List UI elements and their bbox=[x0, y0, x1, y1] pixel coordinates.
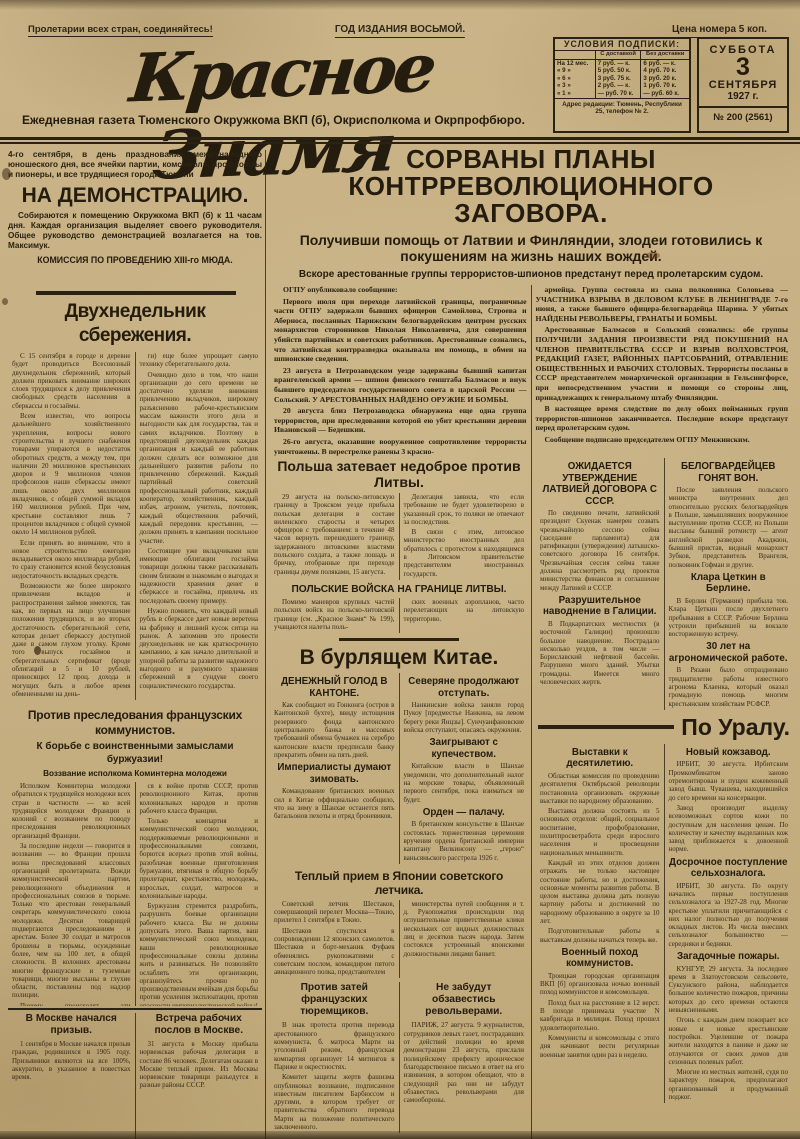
right-column-right: БЕЛОГВАРДЕЙЦЕВ ГОНЯТ ВОН. После заявлени… bbox=[664, 458, 793, 710]
section-rule bbox=[339, 638, 459, 641]
price-cell: — руб. 70 к. bbox=[595, 90, 641, 98]
headline-paris-journalists: Не забудут обзавестись револьверами. bbox=[404, 982, 525, 1018]
body-paragraph: Состоящие уже вкладчиками или имеющие об… bbox=[140, 547, 259, 605]
demonstration-intro: 4-го сентября, в день празднования между… bbox=[8, 150, 262, 181]
headline-canton-money: ДЕНЕЖНЫЙ ГОЛОД В КАНТОНЕ. bbox=[274, 676, 395, 699]
left-bottom-row: В Москве начался призыв. 1 сентября в Мо… bbox=[8, 1013, 262, 1139]
poland-columns: 29 августа на польско-литовскую границу … bbox=[270, 493, 528, 580]
slogan-line: Пролетарии всех стран, соединяйтесь! bbox=[28, 24, 213, 37]
subscription-row: « 9 » 5 руб. 50 к. 4 руб. 70 к. bbox=[555, 67, 689, 75]
term-cell: « 3 » bbox=[555, 82, 595, 90]
right-column-band: ОЖИДАЕТСЯ УТВЕРЖДЕНИЕ ЛАТВИЕЙ ДОГОВОРА С… bbox=[536, 458, 792, 1139]
paper-stain bbox=[34, 646, 41, 655]
middle-bottom-row: Против затей французских тюремщиков. В з… bbox=[270, 982, 528, 1133]
body-paragraph: Выставка должна состоять из 5 основных о… bbox=[540, 807, 660, 857]
subscription-term-header bbox=[555, 51, 595, 59]
price-cell: 2 руб. — к. bbox=[595, 82, 641, 90]
body-paragraph: Комитет защиты жертв фашизма опубликовал… bbox=[274, 1073, 395, 1131]
body-paragraph: 26-го августа, оказавшие вооруженное соп… bbox=[274, 437, 527, 456]
body-paragraph: Первого июля при переходе латвийской гра… bbox=[274, 297, 527, 364]
french-column-left: Исполком Коминтерна молодежи обратился к… bbox=[8, 782, 135, 1006]
ural-column-left: Выставки к десятилетию. Областная комисс… bbox=[536, 744, 664, 1103]
body-paragraph: ских военных аэропланов, часто перелетаю… bbox=[404, 598, 525, 623]
headline-ural-section: По Уралу. bbox=[681, 714, 790, 740]
japan-column-right: министерства путей сообщения и т. д. Рук… bbox=[399, 900, 529, 979]
body-paragraph: Каждый из этих отделов должен отражать н… bbox=[540, 859, 660, 925]
main-body-columns: ОГПУ опубликовало сообщение: Первого июл… bbox=[270, 285, 792, 458]
term-cell: « 9 » bbox=[555, 67, 595, 75]
paper-stain bbox=[2, 298, 8, 305]
day-number: 3 bbox=[699, 56, 787, 79]
french-column-right: ся к войне против СССР, против революцио… bbox=[135, 782, 263, 1006]
body-paragraph: Делегация заявила, что если требование н… bbox=[404, 493, 525, 526]
price-cell: 3 руб. 75 к. bbox=[595, 75, 641, 83]
term-cell: « 6 » bbox=[555, 75, 595, 83]
ural-column-right: Новый кожзавод. ИРБИТ, 30 августа. Ирбит… bbox=[664, 744, 793, 1103]
china-column-left: ДЕНЕЖНЫЙ ГОЛОД В КАНТОНЕ. Как сообщают и… bbox=[270, 673, 399, 864]
body-paragraph: Нанкинские войска заняли город Пукоу [пр… bbox=[404, 701, 525, 734]
section-rule bbox=[538, 725, 674, 729]
article-main-conspiracy: СОРВАНЫ ПЛАНЫ КОНТРРЕВОЛЮЦИОННОГО ЗАГОВО… bbox=[270, 146, 792, 458]
article-french-communists: Против преследования французских коммуни… bbox=[8, 708, 262, 1006]
headline-moscow-draft: В Москве начался призыв. bbox=[12, 1013, 131, 1037]
body-paragraph: Возможности же более широкого привлечени… bbox=[12, 582, 131, 698]
term-cell: На 12 мес. bbox=[555, 59, 595, 67]
headline-exhibitions: Выставки к десятилетию. bbox=[540, 747, 660, 770]
body-paragraph: Почему происходят эти преследования? Пот… bbox=[12, 1002, 131, 1006]
price-cell: 1 руб. 70 к. bbox=[641, 82, 689, 90]
middle-column-band: Польша затевает недоброе против Литвы. 2… bbox=[270, 458, 528, 1139]
subscription-with-delivery-header: С доставкой bbox=[595, 51, 641, 59]
subscription-table: С доставкой Без доставки На 12 мес. 7 ру… bbox=[555, 51, 689, 98]
headline-zetkin-berlin: Клара Цеткин в Берлине. bbox=[669, 572, 789, 595]
headline-order-executioner: Орден — палачу. bbox=[404, 807, 525, 819]
headline-early-tax: Досрочное поступление сельхозналога. bbox=[669, 857, 789, 880]
savings-column-left: С 15 сентября в городе и деревне будет п… bbox=[8, 352, 135, 700]
body-paragraph: Помимо маневров крупных частей польских … bbox=[274, 598, 395, 631]
scan-edge-shadow bbox=[0, 1131, 800, 1139]
masthead-title: Красное Знамя bbox=[10, 24, 553, 121]
headline-mysterious-fires: Загадочные пожары. bbox=[669, 951, 789, 963]
column-divider bbox=[531, 458, 532, 1139]
body-paragraph: В британском консульстве в Шанхае состоя… bbox=[404, 820, 525, 861]
subhead-main: Получивши помощь от Латвии и Финляндии, … bbox=[270, 232, 792, 264]
headline-military-march: Военный поход коммунистов. bbox=[540, 947, 660, 970]
headline-galicia-flood: Разрушительное наводнение в Галиции. bbox=[540, 595, 660, 618]
headline-poland-lithuania: Польша затевает недоброе против Литвы. bbox=[270, 458, 528, 490]
body-paragraph: ся к войне против СССР, против революцио… bbox=[140, 782, 259, 815]
body-paragraph: 1 сентября в Москве начался призыв гражд… bbox=[12, 1040, 131, 1081]
body-paragraph: Китайские власти в Шанхае уведомили, что… bbox=[404, 762, 525, 803]
issue-number: № 200 (2561) bbox=[699, 106, 787, 123]
subscription-row: « 3 » 2 руб. — к. 1 руб. 70 к. bbox=[555, 82, 689, 90]
ural-columns: Выставки к десятилетию. Областная комисс… bbox=[536, 744, 792, 1103]
body-paragraph: 20 августа близ Петрозаводска обнаружена… bbox=[274, 406, 527, 435]
ural-section-header: По Уралу. bbox=[538, 714, 790, 740]
price-cell: 6 руб. — к. bbox=[641, 59, 689, 67]
price-cell: 5 руб. 50 к. bbox=[595, 67, 641, 75]
body-paragraph: Буржуазия стремится раздробить, разрушит… bbox=[140, 902, 259, 1006]
main-column-right: армейца. Группа состояла из сына полковн… bbox=[531, 285, 793, 458]
price-cell: 7 руб. — к. bbox=[595, 59, 641, 67]
header-rule bbox=[0, 137, 800, 140]
article-paris-journalists: Не забудут обзавестись револьверами. ПАР… bbox=[399, 982, 529, 1133]
masthead-subtitle: Ежедневная газета Тюменского Окружкома В… bbox=[22, 113, 562, 127]
body-paragraph: В знак протеста против перевода арестова… bbox=[274, 1021, 395, 1071]
price-cell: 4 руб. 70 к. bbox=[641, 67, 689, 75]
body-paragraph: Арестованные Балмасов и Сольский сознали… bbox=[536, 325, 789, 402]
headline-main-line1: СОРВАНЫ ПЛАНЫ КОНТРРЕВОЛЮЦИОННОГО bbox=[270, 146, 792, 200]
scan-edge-shadow bbox=[0, 0, 800, 10]
body-paragraph: Собираются к помещению Окружкома ВКП (б)… bbox=[8, 211, 262, 252]
japan-column-left: Советский летчик Шестаков, совершающий п… bbox=[270, 900, 399, 979]
body-paragraph: В Берлин (Германия) прибыла тов. Клара Ц… bbox=[669, 597, 789, 638]
subscription-row: « 1 » — руб. 70 к. — руб. 60 к. bbox=[555, 90, 689, 98]
main-column-left: ОГПУ опубликовало сообщение: Первого июл… bbox=[270, 285, 531, 458]
month: СЕНТЯБРЯ bbox=[699, 79, 787, 91]
deck-french-communists: Воззвание исполкома Коминтерна молодежи bbox=[8, 768, 262, 779]
body-paragraph: Областная комиссия по проведению десятил… bbox=[540, 772, 660, 805]
body-paragraph: Поход был на расстояние в 12 верст. В по… bbox=[540, 999, 660, 1032]
body-paragraph: Нужно помнить, что каждый новый рубль в … bbox=[140, 607, 259, 690]
headline-norway-delegation: Встреча рабочих послов в Москве. bbox=[140, 1013, 259, 1037]
subscription-without-delivery-header: Без доставки bbox=[641, 51, 689, 59]
section-rule bbox=[8, 1008, 262, 1010]
headline-marty-protest: Против затей французских тюремщиков. bbox=[274, 982, 395, 1018]
body-paragraph: Завод производит выделку всевозможных со… bbox=[669, 804, 789, 854]
body-paragraph: КУНГУР, 29 августа. За последнее время в… bbox=[669, 965, 789, 1015]
newspaper-page: Пролетарии всех стран, соединяйтесь! ГОД… bbox=[0, 0, 800, 1139]
body-paragraph: С 15 сентября в городе и деревне будет п… bbox=[12, 352, 131, 410]
polish-troops-columns: Помимо маневров крупных частей польских … bbox=[270, 598, 528, 633]
headline-japan-pilot: Теплый прием в Японии советского летчика… bbox=[270, 869, 528, 897]
body-paragraph: Очевидно дело в том, что наши организаци… bbox=[140, 371, 259, 545]
body-paragraph: Как сообщают из Гонконга (остров в Канто… bbox=[274, 701, 395, 759]
headline-french-communists: Против преследования французских коммуни… bbox=[8, 708, 262, 738]
savings-column-right: ги) еще более упрощает самую технику сбе… bbox=[135, 352, 263, 700]
date-box: СУББОТА 3 СЕНТЯБРЯ 1927 г. № 200 (2561) bbox=[697, 37, 789, 133]
body-paragraph: Троицкая городская организация ВКП [б] о… bbox=[540, 972, 660, 997]
headline-main-line2: ЗАГОВОРА. bbox=[270, 200, 792, 227]
body-paragraph: За последние недели — говорится в воззва… bbox=[12, 842, 131, 1000]
body-paragraph: ИРБИТ, 30 августа. По округу начались пе… bbox=[669, 882, 789, 948]
body-paragraph: Сообщение подписано председателем ОГПУ М… bbox=[536, 435, 789, 445]
body-paragraph: ОГПУ опубликовало сообщение: bbox=[274, 285, 527, 295]
headline-whiteguards-expelled: БЕЛОГВАРДЕЙЦЕВ ГОНЯТ ВОН. bbox=[669, 461, 789, 484]
body-paragraph: В настоящее время следствие по делу обои… bbox=[536, 404, 789, 433]
right-top-columns: ОЖИДАЕТСЯ УТВЕРЖДЕНИЕ ЛАТВИЕЙ ДОГОВОРА С… bbox=[536, 458, 792, 710]
price-cell: 3 руб. 20 к. bbox=[641, 75, 689, 83]
body-paragraph: 23 августа в Петрозаводском уезде задерж… bbox=[274, 366, 527, 404]
body-paragraph: Огонь с каждым днем пожирает все новые и… bbox=[669, 1016, 789, 1066]
body-paragraph: ИРБИТ, 30 августа. Ирбитским Промкомбина… bbox=[669, 760, 789, 801]
body-paragraph: Советский летчик Шестаков, совершающий п… bbox=[274, 900, 395, 925]
price-cell: — руб. 60 к. bbox=[641, 90, 689, 98]
body-paragraph: Командование британских военных сил в Ки… bbox=[274, 787, 395, 820]
body-paragraph: ги) еще более упрощает самую технику сбе… bbox=[140, 352, 259, 369]
headline-demonstration: НА ДЕМОНСТРАЦИЮ. bbox=[8, 184, 262, 208]
body-paragraph: Шестаков спустился в сопровождении 12 яп… bbox=[274, 927, 395, 977]
demonstration-signature: КОМИССИЯ ПО ПРОВЕДЕНИЮ XIII-го МЮДА. bbox=[8, 255, 262, 265]
paper-stain bbox=[2, 168, 11, 180]
right-column-left: ОЖИДАЕТСЯ УТВЕРЖДЕНИЕ ЛАТВИЕЙ ДОГОВОРА С… bbox=[536, 458, 664, 710]
subscription-row: На 12 мес. 7 руб. — к. 6 руб. — к. bbox=[555, 59, 689, 67]
headline-flirting-merchants: Заигрывают с купечеством. bbox=[404, 737, 525, 760]
body-paragraph: 31 августа в Москву прибыла норвежская р… bbox=[140, 1040, 259, 1090]
paper-stain bbox=[646, 252, 660, 259]
article-demonstration: 4-го сентября, в день празднования между… bbox=[8, 150, 262, 288]
subhead-french-communists: К борьбе с воинственными замыслами буржу… bbox=[8, 740, 262, 766]
body-paragraph: Исполком Коминтерна молодежи обратился к… bbox=[12, 782, 131, 840]
body-paragraph: После заявления польского министра внутр… bbox=[669, 486, 789, 569]
deck-main: Вскоре арестованные группы террористов-ш… bbox=[270, 268, 792, 281]
headline-china: В бурлящем Китае. bbox=[270, 646, 528, 670]
body-paragraph: Всем известно, что вопросы дальнейшего х… bbox=[12, 412, 131, 536]
japan-columns: Советский летчик Шестаков, совершающий п… bbox=[270, 900, 528, 979]
body-paragraph: Если принять во внимание, что в новое ст… bbox=[12, 539, 131, 580]
polish-troops-column-left: Помимо маневров крупных частей польских … bbox=[270, 598, 399, 633]
section-rule bbox=[36, 291, 236, 295]
body-paragraph: В связи с этим, литовское министерство и… bbox=[404, 528, 525, 578]
headline-savings: Двухнедельник сбережения. bbox=[8, 300, 262, 348]
poland-column-right: Делегация заявила, что если требование н… bbox=[399, 493, 529, 580]
subscription-row: « 6 » 3 руб. 75 к. 3 руб. 20 к. bbox=[555, 75, 689, 83]
term-cell: « 1 » bbox=[555, 90, 595, 98]
polish-troops-column-right: ских военных аэропланов, часто перелетаю… bbox=[399, 598, 529, 633]
headline-northerners-retreat: Северяне продолжают отступать. bbox=[404, 676, 525, 699]
china-columns: ДЕНЕЖНЫЙ ГОЛОД В КАНТОНЕ. Как сообщают и… bbox=[270, 673, 528, 864]
article-norway-delegation: Встреча рабочих послов в Москве. 31 авгу… bbox=[135, 1013, 263, 1139]
body-paragraph: Многие из местных жителей, судя по харак… bbox=[669, 1068, 789, 1101]
year: 1927 г. bbox=[699, 91, 787, 102]
body-paragraph: По сведению печати, латвийский президент… bbox=[540, 509, 660, 592]
body-paragraph: министерства путей сообщения и т. д. Рук… bbox=[404, 900, 525, 958]
subscription-box: УСЛОВИЯ ПОДПИСКИ: С доставкой Без достав… bbox=[553, 37, 691, 133]
subscription-header-row: С доставкой Без доставки bbox=[555, 51, 689, 59]
headline-latvia-treaty: ОЖИДАЕТСЯ УТВЕРЖДЕНИЕ ЛАТВИЕЙ ДОГОВОРА С… bbox=[540, 461, 660, 507]
china-column-right: Северяне продолжают отступать. Нанкински… bbox=[399, 673, 529, 864]
column-divider bbox=[265, 150, 266, 1139]
headline-imperialists-winter: Империалисты думают зимовать. bbox=[274, 762, 395, 785]
article-marty-protest: Против затей французских тюремщиков. В з… bbox=[270, 982, 399, 1133]
body-paragraph: В Подкарпатских местностях (в восточной … bbox=[540, 620, 660, 686]
editorial-address: Адрес редакции: Тюмень, Республики 25, т… bbox=[555, 98, 689, 119]
headline-leather-plant: Новый кожзавод. bbox=[669, 747, 789, 759]
article-moscow-draft: В Москве начался призыв. 1 сентября в Мо… bbox=[8, 1013, 135, 1139]
article-savings: Двухнедельник сбережения. С 15 сентября … bbox=[8, 300, 262, 704]
price-line: Цена номера 5 коп. bbox=[672, 24, 767, 38]
body-paragraph: Коммунисты и комсомольцы с этого дня нач… bbox=[540, 1034, 660, 1059]
headline-polish-troops: ПОЛЬСКИЕ ВОЙСКА НА ГРАНИЦЕ ЛИТВЫ. bbox=[270, 584, 528, 596]
savings-columns: С 15 сентября в городе и деревне будет п… bbox=[8, 352, 262, 700]
subscription-title: УСЛОВИЯ ПОДПИСКИ: bbox=[555, 39, 689, 51]
body-paragraph: 29 августа на польско-литовскую границу … bbox=[274, 493, 395, 576]
body-paragraph: Подготовительные работы к выставкам долж… bbox=[540, 927, 660, 944]
headline-agronomist-30-years: 30 лет на агрономической работе. bbox=[669, 641, 789, 664]
body-paragraph: армейца. Группа состояла из сына полковн… bbox=[536, 285, 789, 323]
body-paragraph: В Рязани было отпраздновано тридцатилети… bbox=[669, 666, 789, 707]
header-rule bbox=[0, 142, 800, 144]
body-paragraph: Только компартия и коммунистический союз… bbox=[140, 817, 259, 900]
poland-column-left: 29 августа на польско-литовскую границу … bbox=[270, 493, 399, 580]
french-columns: Исполком Коминтерна молодежи обратился к… bbox=[8, 782, 262, 1006]
body-paragraph: ПАРИЖ, 27 августа. 9 журналистов, сотруд… bbox=[404, 1021, 525, 1104]
